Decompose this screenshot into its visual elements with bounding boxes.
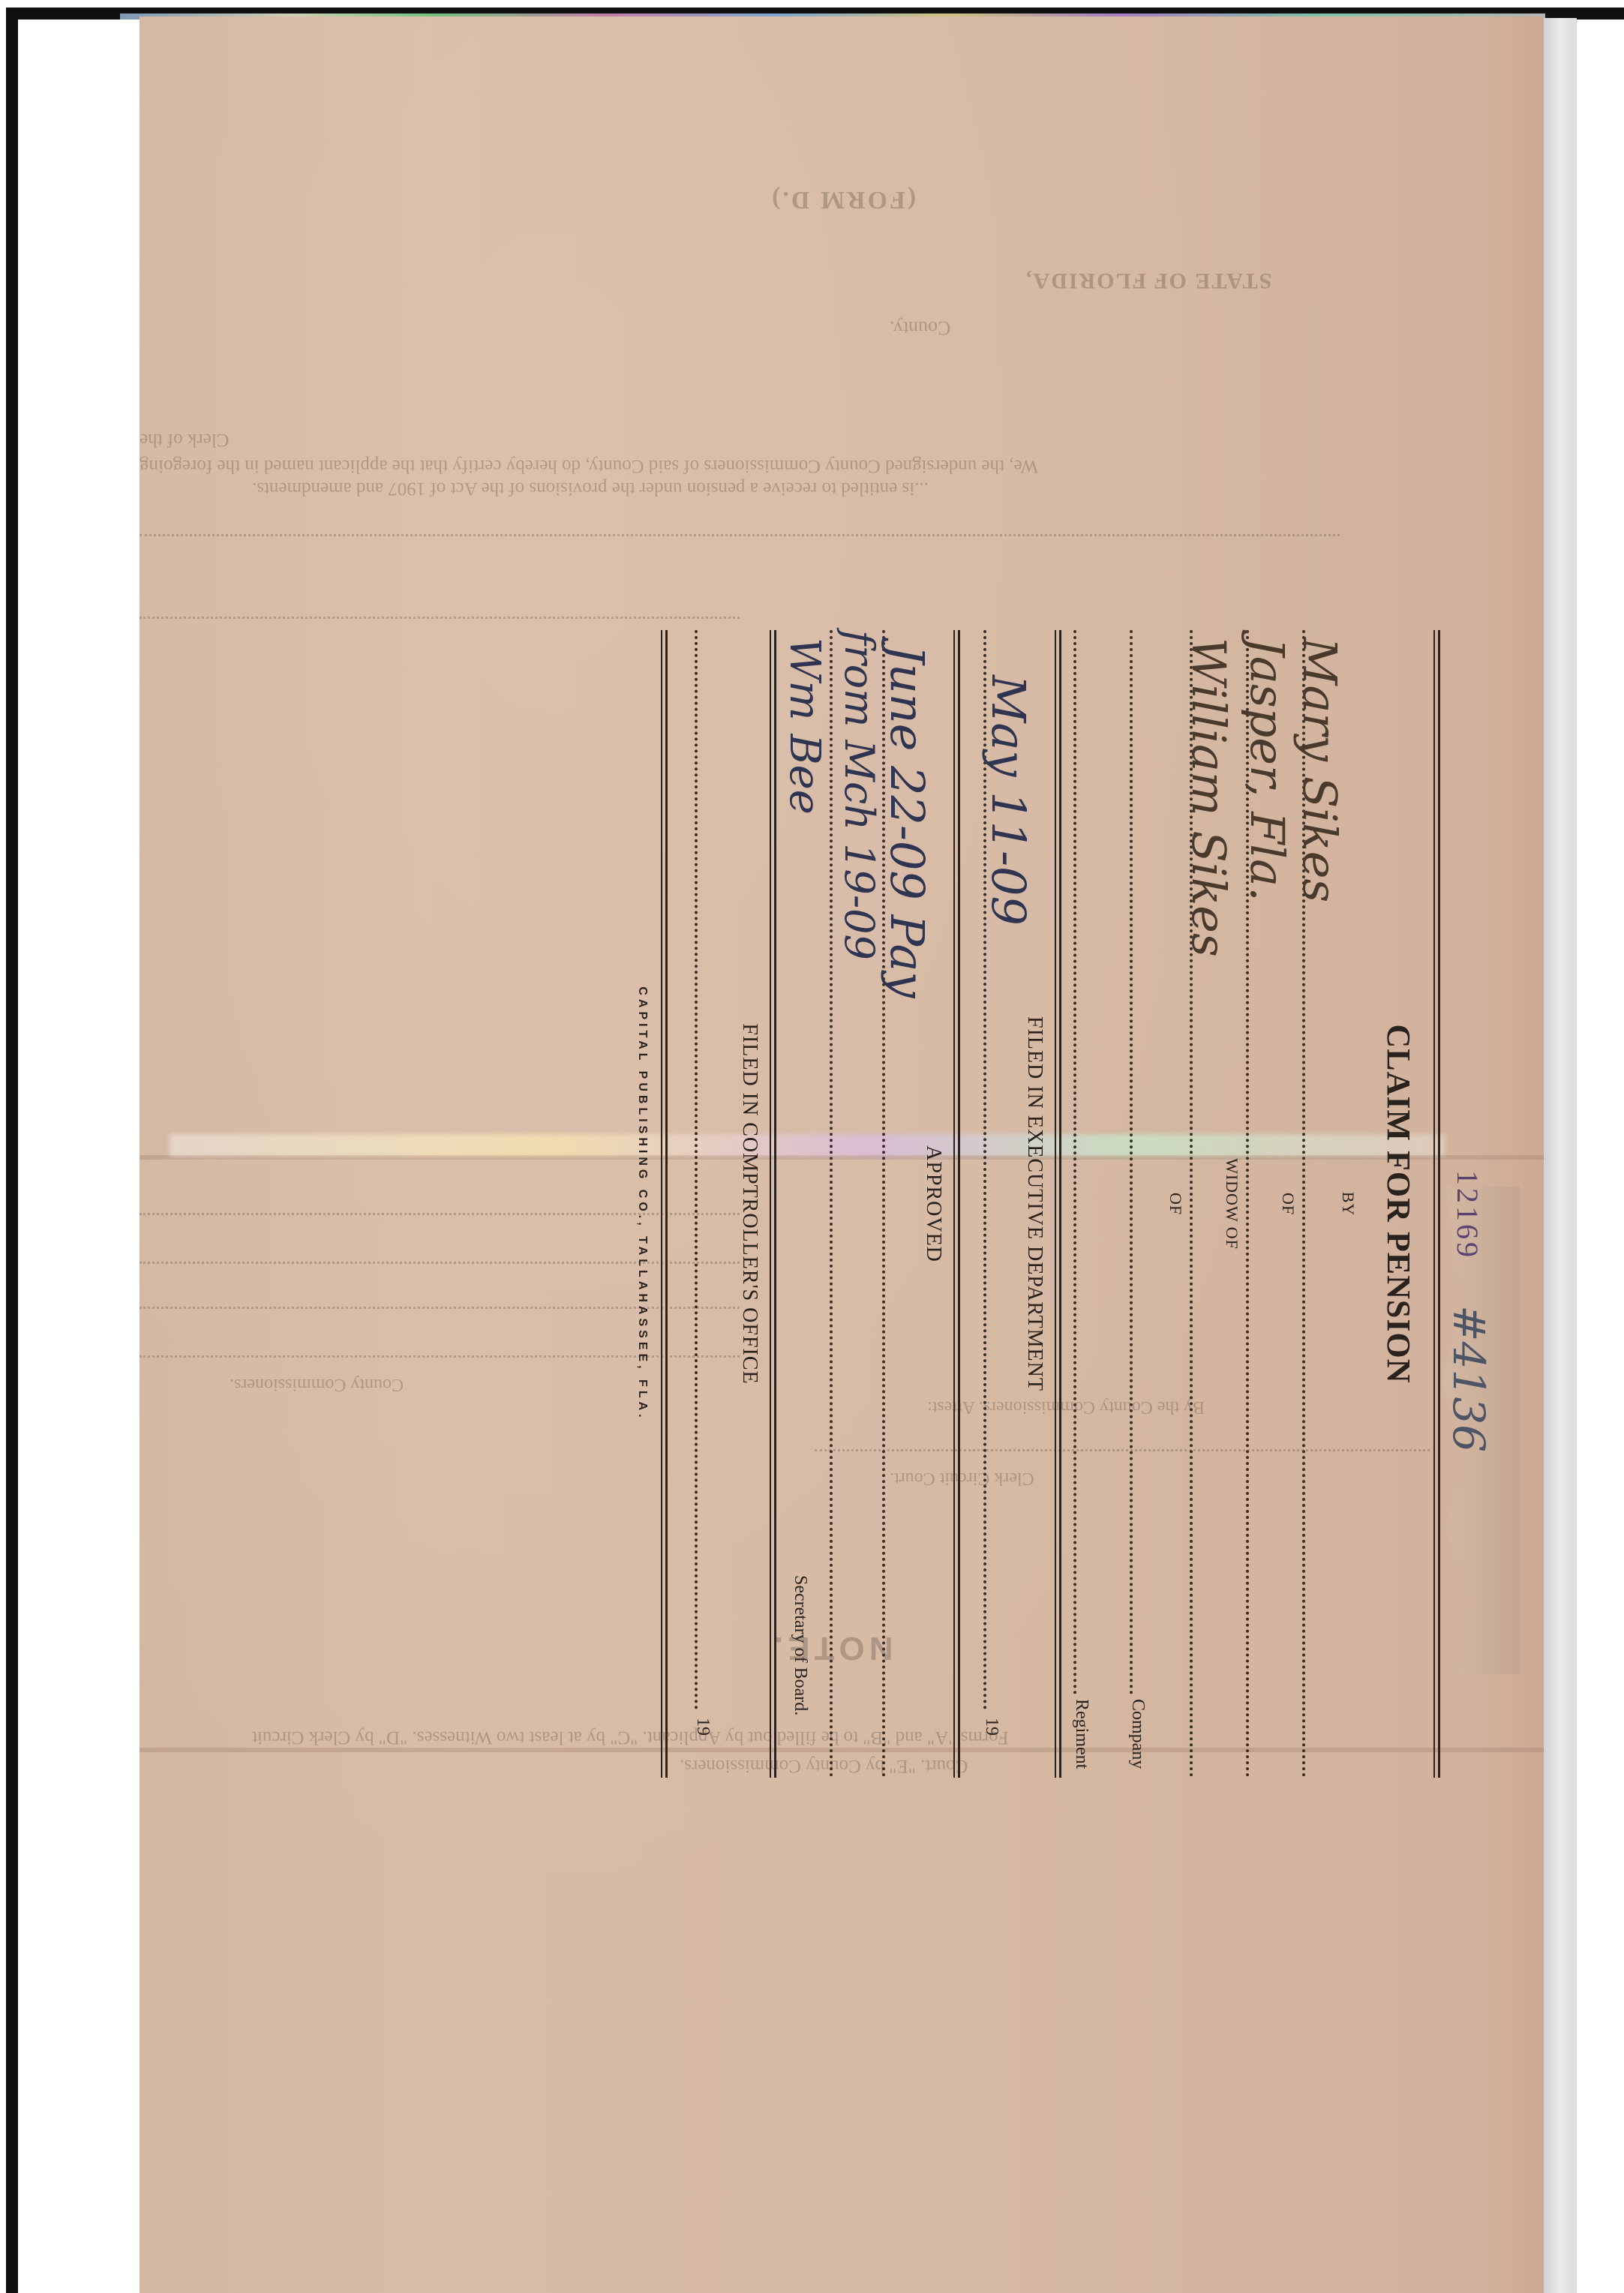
- show-through-certify-text: We, the undersigned County Commissioners…: [140, 455, 1038, 476]
- show-through-clerk-of-the: Clerk of the: [140, 429, 229, 450]
- exec-dept-date-value: May 11-09: [985, 675, 1031, 926]
- form-title: CLAIM FOR PENSION: [1379, 630, 1418, 1778]
- exec-dept-year-prefix: 19: [981, 1718, 1001, 1736]
- company-label: Company: [1127, 1699, 1148, 1769]
- company-field[interactable]: [1130, 630, 1163, 1695]
- form-number-stamp: 12169: [1450, 1170, 1485, 1260]
- comptroller-year-prefix: 19: [692, 1718, 713, 1736]
- show-through-form-label: (FORM D.): [770, 185, 916, 214]
- comptroller-date-field[interactable]: [695, 630, 728, 1710]
- husband-name-field[interactable]: William Sikes: [1190, 630, 1223, 1778]
- regiment-label: Regiment: [1071, 1699, 1091, 1769]
- claimant-location-field[interactable]: Jasper, Fla.: [1246, 630, 1279, 1778]
- claimant-location-value: Jasper, Fla.: [1244, 638, 1290, 902]
- husband-name-value: William Sikes: [1185, 638, 1232, 957]
- show-through-dotted-line: [140, 534, 1340, 536]
- claimant-name-value: Mary Sikes: [1296, 638, 1343, 902]
- show-through-state-label: STATE OF FLORIDA,: [1025, 268, 1271, 293]
- claimant-name-field[interactable]: Mary Sikes: [1302, 630, 1335, 1778]
- pension-claim-form: 12169 #4136 CLAIM FOR PENSION BY Mary Si…: [195, 630, 1440, 1778]
- approved-date-field[interactable]: June 22-09 Pay: [882, 630, 915, 1778]
- scanner-margin: [18, 20, 146, 2293]
- secretary-label: Secretary of Board.: [790, 1575, 810, 1715]
- show-through-certify-text-2: ...is entitled to receive a pension unde…: [252, 478, 929, 499]
- title-rule: [1433, 630, 1440, 1778]
- pay-from-field[interactable]: from Mch 19-09: [830, 630, 863, 1778]
- printer-credit: CAPITAL PUBLISHING CO., TALLAHASSEE, FLA…: [635, 630, 649, 1778]
- show-through-county-label: County.: [890, 317, 950, 339]
- section-rule: [1055, 630, 1061, 1778]
- form-pencil-number: #4136: [1443, 1305, 1494, 1452]
- scanner-frame-left: [6, 8, 18, 2293]
- exec-dept-date-field[interactable]: May 11-09: [983, 630, 1016, 1710]
- comptroller-heading: FILED IN COMPTROLLER'S OFFICE: [737, 630, 761, 1778]
- lamination-edge-right: [1544, 18, 1577, 2293]
- of-label-2: OF: [1166, 630, 1185, 1778]
- section-rule: [770, 630, 776, 1778]
- secretary-signature-field[interactable]: Wm Bee: [795, 630, 825, 1575]
- secretary-signature-value: Wm Bee: [783, 638, 825, 815]
- regiment-field[interactable]: [1073, 630, 1106, 1695]
- show-through-dotted-line: [140, 617, 740, 619]
- section-rule: [953, 630, 960, 1778]
- pay-from-value: from Mch 19-09: [839, 630, 879, 960]
- approved-date-value: June 22-09 Pay: [884, 645, 930, 998]
- section-rule: [661, 630, 668, 1778]
